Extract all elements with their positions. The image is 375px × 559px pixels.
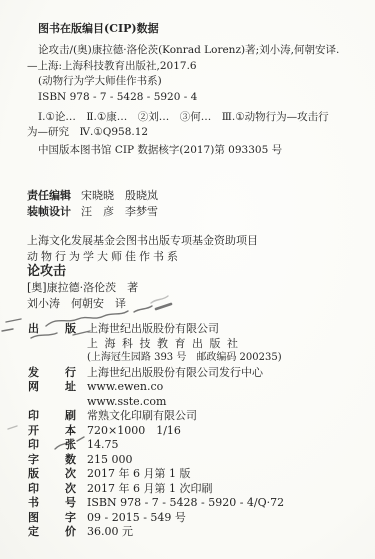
colophon-row-website: 网址www.ewen.co (28, 380, 371, 395)
cip-block: 图书在版编目(CIP)数据 论攻击/(奥)康拉德·洛伦茨(Konrad Lore… (27, 21, 371, 158)
colophon-publisher-address: (上海冠生园路 393 号 邮政编码 200235) (28, 351, 371, 366)
pen-mark-margin (8, 426, 17, 429)
designer-names: 汪 彦 李梦雪 (81, 205, 158, 218)
cip-classification-line-2: 为—研究 Ⅳ.①Q958.12 (27, 125, 371, 140)
colophon-row-distributor: 发行上海世纪出版股份有限公司发行中心 (28, 366, 371, 381)
cip-series-line: (动物行为学大师佳作书系) (27, 74, 371, 89)
colophon-row-wordcount: 字数215 000 (28, 453, 371, 468)
cip-classification-line-1: Ⅰ.①论… Ⅱ.①康… ②刘… ③何… Ⅲ.①动物行为—攻击行 (27, 110, 371, 125)
colophon-row-sheets: 印张14.75 (28, 438, 371, 453)
author-line: [奥]康拉德·洛伦茨 著 (27, 280, 371, 296)
book-title: 论攻击 (27, 264, 371, 280)
cip-heading: 图书在版编目(CIP)数据 (27, 21, 371, 36)
designer-label: 装帧设计 (27, 205, 71, 218)
editor-names: 宋晓晓 殷晓岚 (81, 189, 158, 202)
colophon-row-price: 定价36.00 元 (28, 525, 371, 540)
credits-block: 责任编辑宋晓晓 殷晓岚 装帧设计汪 彦 李梦雪 (27, 188, 371, 220)
funding-line: 上海文化发展基金会图书出版专项基金资助项目 (27, 233, 371, 249)
cip-publisher-line: —上海:上海科技教育出版社,2017.6 (27, 59, 371, 74)
cip-record-number-line: 中国版本图书馆 CIP 数据核字(2017)第 093305 号 (27, 143, 371, 158)
credit-row-editor: 责任编辑宋晓晓 殷晓岚 (27, 188, 371, 204)
series-title: 动物行为学大师佳作书系 (27, 249, 371, 265)
pen-mark-left-dash-2 (2, 329, 13, 331)
colophon-publisher-line-2: 上海科技教育出版社 (28, 337, 371, 352)
editor-label: 责任编辑 (27, 189, 71, 202)
colophon-row-isbn: 书号ISBN 978 - 7 - 5428 - 5920 - 4/Q·72 (28, 496, 371, 511)
book-copyright-page: 图书在版编目(CIP)数据 论攻击/(奥)康拉德·洛伦茨(Konrad Lore… (0, 0, 375, 559)
colophon-row-edition: 版次2017 年 6 月第 1 版 (28, 467, 371, 482)
translator-line: 刘小涛 何朝安 译 (27, 296, 371, 312)
colophon-block: 出版上海世纪出版股份有限公司 上海科技教育出版社 (上海冠生园路 393 号 邮… (28, 322, 371, 540)
colophon-row-printing: 印次2017 年 6 月第 1 次印刷 (28, 482, 371, 497)
title-block: 上海文化发展基金会图书出版专项基金资助项目 动物行为学大师佳作书系 论攻击 [奥… (27, 233, 371, 312)
cip-title-line: 论攻击/(奥)康拉德·洛伦茨(Konrad Lorenz)著;刘小涛,何朝安译. (27, 43, 371, 58)
colophon-row-publisher: 出版上海世纪出版股份有限公司 (28, 322, 371, 337)
credit-row-designer: 装帧设计汪 彦 李梦雪 (27, 204, 371, 220)
colophon-row-printer: 印刷常熟文化印刷有限公司 (28, 409, 371, 424)
colophon-row-format: 开本720×1000 1/16 (28, 424, 371, 439)
colophon-row-copyright-number: 图字09 - 2015 - 549 号 (28, 511, 371, 526)
cip-isbn-line: ISBN 978 - 7 - 5428 - 5920 - 4 (27, 90, 371, 105)
pen-mark-left-dash (6, 319, 21, 322)
colophon-website-line-2: www.sste.com (28, 395, 371, 410)
